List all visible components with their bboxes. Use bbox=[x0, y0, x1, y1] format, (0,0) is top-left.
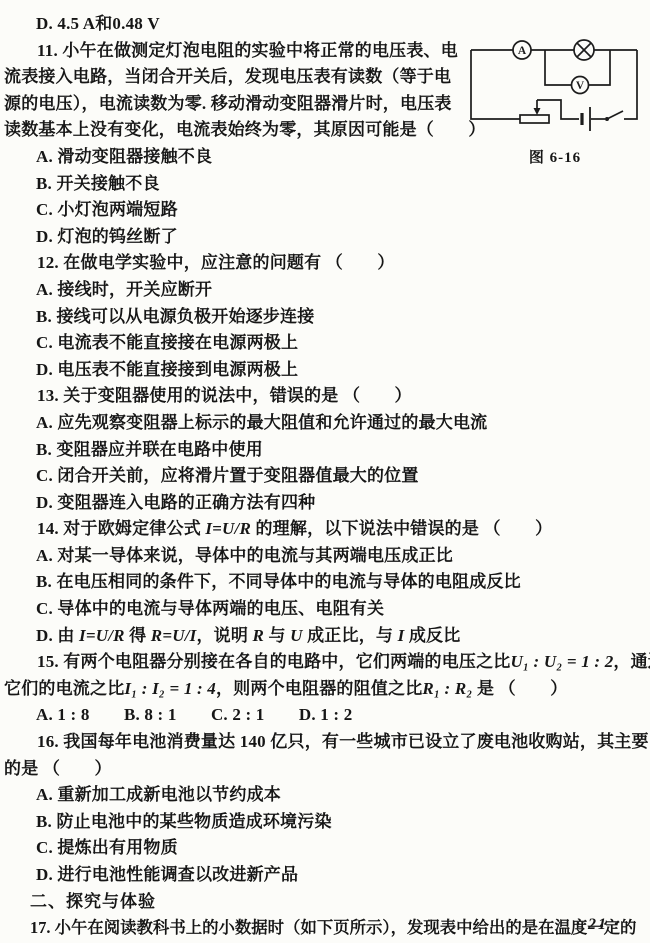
section-heading: 二、探究与体验 bbox=[0, 889, 650, 916]
q16-option-c: C. 提炼出有用物质 bbox=[0, 835, 650, 862]
q14-option-b: B. 在电压相同的条件下，不同导体中的电流与导体的电阻成反比 bbox=[0, 569, 650, 596]
q11-option-d: D. 灯泡的钨丝断了 bbox=[0, 224, 650, 251]
q11-option-c: C. 小灯泡两端短路 bbox=[0, 197, 650, 224]
q15-stem-line-2: 它们的电流之比I₁ : I₂ = 1 : 4，则两个电阻器的阻值之比R₁ : R… bbox=[0, 676, 650, 703]
q14-option-c: C. 导体中的电流与导体两端的电压、电阻有关 bbox=[0, 596, 650, 623]
q17-stem-line-1: 17. 小午在阅读教科书上的小数据时（如下页所示），发现表中给出的是在温度一定的 bbox=[0, 915, 650, 942]
battery-icon bbox=[582, 107, 590, 131]
q12-stem: 12. 在做电学实验中，应注意的问题有 （ ） bbox=[0, 250, 650, 277]
q16-option-b: B. 防止电池中的某些物质造成环境污染 bbox=[0, 809, 650, 836]
q16-stem-line-2: 的是 （ ） bbox=[0, 756, 650, 783]
q13-option-a: A. 应先观察变阻器上标示的最大阻值和允许通过的最大电流 bbox=[0, 410, 650, 437]
q12-option-a: A. 接线时，开关应断开 bbox=[0, 277, 650, 304]
q16-option-a: A. 重新加工成新电池以节约成本 bbox=[0, 782, 650, 809]
figure-6-16: A V bbox=[463, 36, 647, 167]
textbook-page: D. 4.5 A和0.48 V11. 小午在做测定灯泡电阻的实验中将正常的电压表… bbox=[0, 0, 650, 943]
q16-option-d: D. 进行电池性能调查以改进新产品 bbox=[0, 862, 650, 889]
switch-icon bbox=[605, 111, 623, 121]
q12-option-d: D. 电压表不能直接接到电源两极上 bbox=[0, 357, 650, 384]
q12-option-b: B. 接线可以从电源负极开始逐步连接 bbox=[0, 304, 650, 331]
rheostat-icon bbox=[520, 100, 549, 123]
q14-stem: 14. 对于欧姆定律公式 I=U/R 的理解，以下说法中错误的是 （ ） bbox=[0, 516, 650, 543]
voltmeter-label: V bbox=[576, 80, 585, 92]
q15-options-row: A. 1 : 8 B. 8 : 1 C. 2 : 1 D. 1 : 2 bbox=[0, 702, 650, 729]
circuit-diagram: A V bbox=[463, 36, 647, 132]
q13-option-d: D. 变阻器连入电路的正确方法有四种 bbox=[0, 490, 650, 517]
q13-option-c: C. 闭合开关前，应将滑片置于变阻器值最大的位置 bbox=[0, 463, 650, 490]
prev-question-option-d: D. 4.5 A和0.48 V bbox=[0, 11, 650, 38]
ammeter-icon: A bbox=[513, 41, 531, 59]
q15-stem-line-1: 15. 有两个电阻器分别接在各自的电路中，它们两端的电压之比U₁ : U₂ = … bbox=[0, 649, 650, 676]
q11-option-b: B. 开关接触不良 bbox=[0, 171, 650, 198]
q16-stem-line-1: 16. 我国每年电池消费量达 140 亿只，有一些城市已设立了废电池收购站，其主… bbox=[0, 729, 650, 756]
q12-option-c: C. 电流表不能直接接在电源两极上 bbox=[0, 330, 650, 357]
lamp-icon bbox=[574, 40, 594, 60]
q14-option-d: D. 由 I=U/R 得 R=U/I，说明 R 与 U 成正比，与 I 成反比 bbox=[0, 623, 650, 650]
figure-caption: 图 6-16 bbox=[463, 146, 647, 167]
circuit-wires bbox=[471, 50, 637, 119]
q13-stem: 13. 关于变阻器使用的说法中，错误的是 （ ） bbox=[0, 383, 650, 410]
page-number: · 21 · bbox=[576, 916, 620, 934]
voltmeter-icon: V bbox=[572, 77, 589, 94]
ammeter-label: A bbox=[518, 45, 527, 57]
q13-option-b: B. 变阻器应并联在电路中使用 bbox=[0, 437, 650, 464]
q14-option-a: A. 对某一导体来说，导体中的电流与其两端电压成正比 bbox=[0, 543, 650, 570]
